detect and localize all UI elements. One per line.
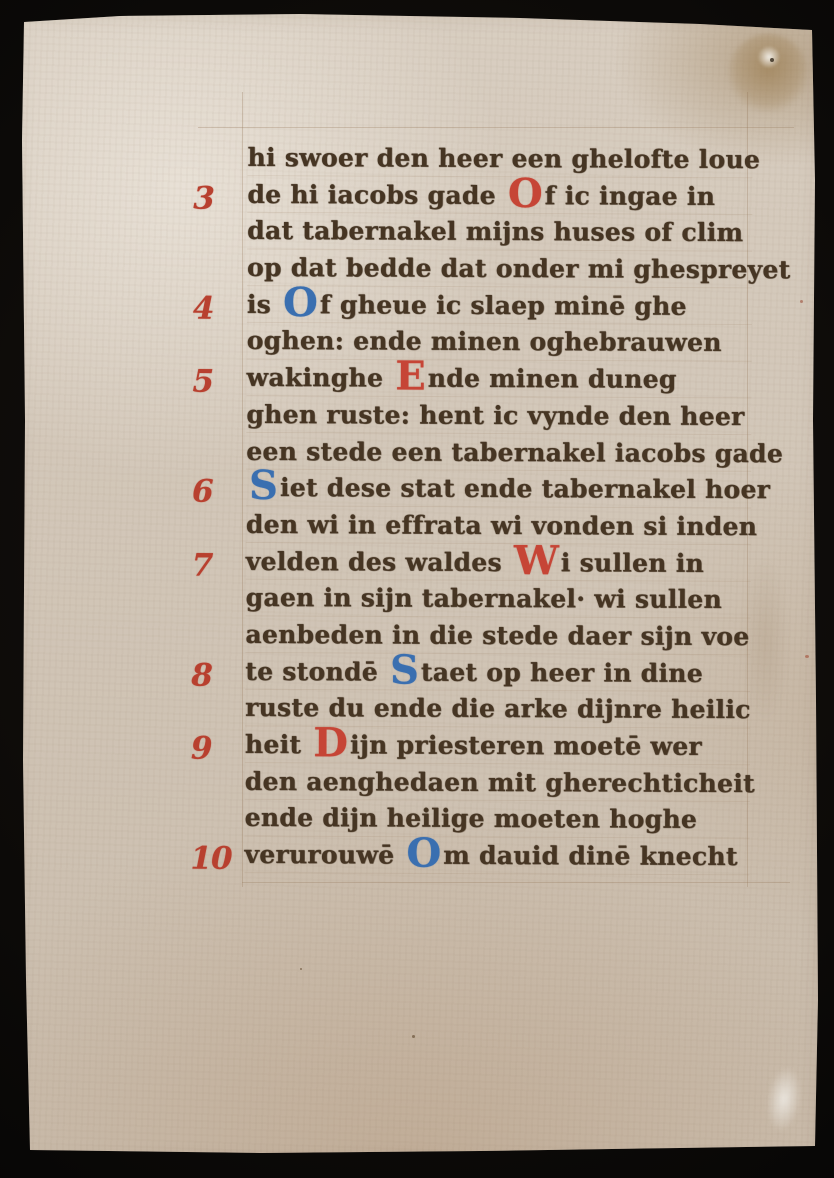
manuscript-line: 6Siet dese stat ende tabernakel hoer bbox=[246, 470, 751, 509]
verse-number: 6 bbox=[192, 477, 236, 508]
manuscript-line: 10verurouwē Om dauid dinē knecht bbox=[244, 837, 749, 876]
manuscript-line: den wi in effrata wi vonden si inden bbox=[246, 507, 751, 546]
body-text: gaen in sijn tabernakel· wi sullen bbox=[246, 583, 723, 614]
speck bbox=[412, 1035, 415, 1038]
body-text: verurouwē bbox=[244, 840, 403, 870]
speck bbox=[805, 655, 809, 658]
verse-number: 5 bbox=[192, 367, 236, 398]
body-text: ende dijn heilige moeten hoghe bbox=[245, 803, 698, 834]
stain-highlight bbox=[758, 46, 780, 68]
body-text: op dat bedde dat onder mi ghespreyet bbox=[247, 253, 791, 284]
verse-number: 8 bbox=[191, 660, 235, 691]
speck bbox=[300, 968, 302, 970]
manuscript-line: aenbeden in die stede daer sijn voe bbox=[245, 617, 750, 656]
body-text: i sullen in bbox=[561, 548, 704, 578]
manuscript-leaf: hi swoer den heer een ghelofte loue3de h… bbox=[0, 0, 834, 1178]
body-text: ghen ruste: hent ic vynde den heer bbox=[246, 400, 744, 431]
body-text: de hi iacobs gade bbox=[247, 180, 505, 210]
manuscript-line: 9heit Dijn priesteren moetē wer bbox=[245, 727, 750, 766]
verse-number: 9 bbox=[191, 734, 235, 765]
manuscript-line: gaen in sijn tabernakel· wi sullen bbox=[246, 580, 751, 619]
manuscript-line: 3de hi iacobs gade Of ic ingae in bbox=[247, 177, 752, 216]
body-text: heit bbox=[245, 730, 310, 759]
body-text: aenbeden in die stede daer sijn voe bbox=[245, 620, 749, 651]
body-text: iet dese stat ende tabernakel hoer bbox=[280, 473, 770, 504]
body-text: oghen: ende minen oghebrauwen bbox=[247, 326, 722, 357]
manuscript-line: oghen: ende minen oghebrauwen bbox=[247, 323, 752, 362]
ruling-line-horizontal-top bbox=[198, 127, 794, 128]
ruling-line-horizontal-bottom bbox=[242, 882, 790, 883]
body-text: hi swoer den heer een ghelofte loue bbox=[247, 143, 760, 174]
body-text: ijn priesteren moetē wer bbox=[350, 730, 702, 761]
body-text: den aenghedaen mit gherechticheit bbox=[245, 767, 755, 798]
manuscript-line: 4is Of gheue ic slaep minē ghe bbox=[247, 287, 752, 326]
manuscript-line: 5wakinghe Ende minen duneg bbox=[246, 360, 751, 399]
manuscript-line: hi swoer den heer een ghelofte loue bbox=[247, 140, 752, 179]
speck bbox=[800, 300, 803, 303]
text-block: hi swoer den heer een ghelofte loue3de h… bbox=[244, 140, 752, 876]
body-text: velden des waldes bbox=[246, 546, 511, 576]
manuscript-line: op dat bedde dat onder mi ghespreyet bbox=[247, 250, 752, 289]
body-text: te stondē bbox=[245, 657, 387, 687]
manuscript-line: een stede een tabernakel iacobs gade bbox=[246, 433, 751, 472]
manuscript-line: ghen ruste: hent ic vynde den heer bbox=[246, 397, 751, 436]
verse-number: 7 bbox=[192, 550, 236, 581]
body-text: f ic ingae in bbox=[545, 181, 716, 211]
manuscript-line: ende dijn heilige moeten hoghe bbox=[245, 800, 750, 839]
verse-number: 10 bbox=[190, 844, 234, 875]
manuscript-line: 7velden des waldes Wi sullen in bbox=[246, 543, 751, 582]
body-text: f gheue ic slaep minē ghe bbox=[320, 290, 687, 321]
verse-number: 3 bbox=[193, 183, 237, 214]
speck bbox=[770, 58, 774, 62]
manuscript-line: 8te stondē Staet op heer in dine bbox=[245, 654, 750, 693]
manuscript-line: den aenghedaen mit gherechticheit bbox=[245, 764, 750, 803]
manuscript-line: dat tabernakel mijns huses of clim bbox=[247, 213, 752, 252]
ruling-line-vertical-left bbox=[242, 92, 243, 887]
body-text: een stede een tabernakel iacobs gade bbox=[246, 436, 783, 467]
body-text: is bbox=[247, 290, 280, 319]
body-text: m dauid dinē knecht bbox=[443, 841, 738, 871]
verse-number: 4 bbox=[193, 293, 237, 324]
body-text: den wi in effrata wi vonden si inden bbox=[246, 510, 757, 541]
wear-patch bbox=[764, 1066, 804, 1132]
body-text: wakinghe bbox=[247, 363, 393, 393]
body-text: taet op heer in dine bbox=[421, 657, 703, 687]
body-text: dat tabernakel mijns huses of clim bbox=[247, 216, 743, 247]
body-text: nde minen duneg bbox=[428, 364, 677, 394]
